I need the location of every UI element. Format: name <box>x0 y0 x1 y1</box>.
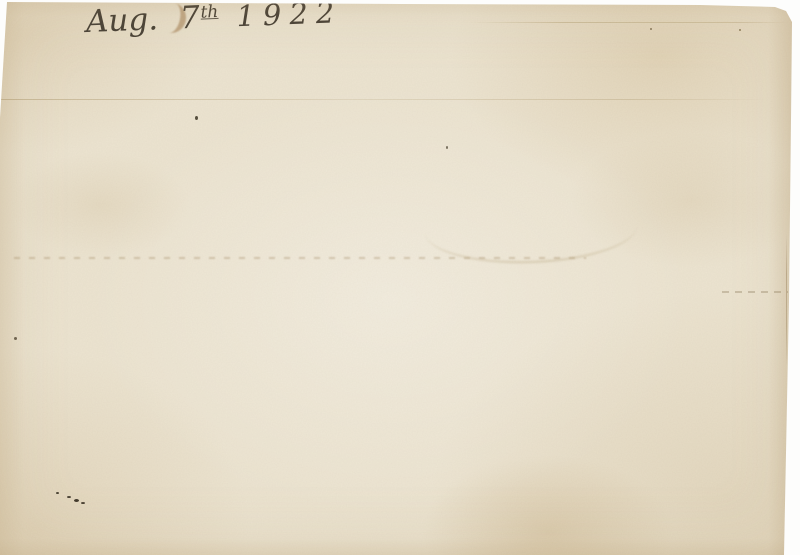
paper-edge-shading <box>0 0 800 555</box>
photograph-back-card: Aug. 7th 1922 <box>0 0 800 555</box>
scanner-background: Aug. 7th 1922 <box>0 0 800 555</box>
